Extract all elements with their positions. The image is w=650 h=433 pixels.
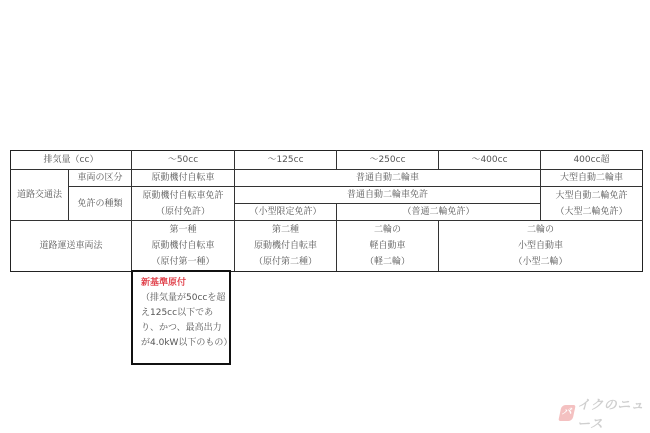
header-displacement-label: 排気量（cc） (11, 151, 132, 170)
header-col-250: ～250cc (337, 151, 439, 170)
transport-under250-line2: 軽自動車 (337, 238, 438, 254)
watermark-logo: バ イクのニュース (560, 404, 650, 422)
transport-over250-line1: 二輪の (439, 222, 642, 238)
new-standard-moped-note: 新基準原付 （排気量が50ccを超え125cc以下であり、かつ、最高出力が4.0… (131, 270, 231, 365)
transport-under125-line1: 第二種 (235, 222, 336, 238)
transport-under250-line3: （軽二輪） (337, 254, 438, 270)
license-over400-line2: （大型二輪免許） (541, 204, 642, 220)
transport-under50-line3: （原付第一種） (132, 254, 234, 270)
note-body: （排気量が50ccを超え125cc以下であり、かつ、最高出力が4.0kW以下のも… (141, 291, 229, 351)
license-under50: 原動機付自転車免許 （原付免許） (132, 187, 235, 221)
transport-under125-line3: （原付第二種） (235, 254, 336, 270)
transport-under125: 第二種 原動機付自転車 （原付第二種） (235, 221, 337, 272)
license-over400-line1: 大型自動二輪免許 (541, 188, 642, 204)
header-col-400: ～400cc (439, 151, 541, 170)
header-col-50: ～50cc (132, 151, 235, 170)
license-normal: （普通二輪免許） (337, 204, 541, 221)
vehicle-class-label: 車両の区分 (69, 170, 132, 187)
road-traffic-act-label: 道路交通法 (11, 170, 69, 221)
transport-under50-line1: 第一種 (132, 222, 234, 238)
vehicle-class-under50: 原動機付自転車 (132, 170, 235, 187)
watermark-text: イクのニュース (577, 394, 650, 432)
motorcycle-classification-table: 排気量（cc） ～50cc ～125cc ～250cc ～400cc 400cc… (10, 150, 643, 272)
license-under50-line2: （原付免許） (132, 204, 234, 220)
license-under50-line1: 原動機付自転車免許 (132, 188, 234, 204)
watermark-badge-icon: バ (558, 405, 575, 421)
transport-over250-line2: 小型自動車 (439, 238, 642, 254)
vehicle-class-over400: 大型自動二輪車 (541, 170, 643, 187)
transport-over250: 二輪の 小型自動車 （小型二輪） (439, 221, 643, 272)
vehicle-class-mid: 普通自動二輪車 (235, 170, 541, 187)
transport-under50: 第一種 原動機付自転車 （原付第一種） (132, 221, 235, 272)
license-over400: 大型自動二輪免許 （大型二輪免許） (541, 187, 643, 221)
transport-under250: 二輪の 軽自動車 （軽二輪） (337, 221, 439, 272)
transport-over250-line3: （小型二輪） (439, 254, 642, 270)
header-col-125: ～125cc (235, 151, 337, 170)
transport-under50-line2: 原動機付自転車 (132, 238, 234, 254)
transport-under250-line1: 二輪の (337, 222, 438, 238)
license-mid: 普通自動二輪車免許 (235, 187, 541, 204)
transport-under125-line2: 原動機付自転車 (235, 238, 336, 254)
note-title: 新基準原付 (141, 278, 186, 288)
header-col-over400: 400cc超 (541, 151, 643, 170)
road-transport-vehicle-act-label: 道路運送車両法 (11, 221, 132, 272)
license-small-limited: （小型限定免許） (235, 204, 337, 221)
license-type-label: 免許の種類 (69, 187, 132, 221)
